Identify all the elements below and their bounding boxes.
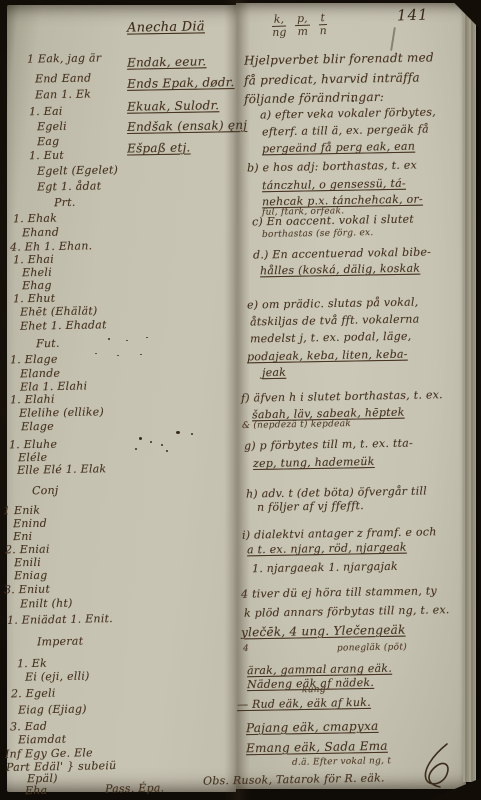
manuscript-line: få predicat, hvarvid inträffa	[244, 70, 420, 87]
manuscript-line: b) e hos adj: borthastas, t. ex	[247, 159, 417, 175]
manuscript-line: medelst j, t. ex. podal, läge,	[250, 330, 412, 346]
manuscript-line: Hjelpverbet blir forenadt med	[244, 50, 434, 67]
manuscript-line: f) äfven h i slutet borthastas, t. ex.	[241, 388, 443, 405]
manuscript-line: ärak, gammal arang eäk.	[247, 662, 392, 678]
manuscript-line: d.ä. Efter vokal ng, t	[292, 756, 391, 768]
manuscript-line: c) En oaccent. vokal i slutet	[252, 213, 414, 229]
manuscript-line: & (nepdezä t) kepdeak	[242, 419, 351, 431]
manuscript-photo: 141 k, ng p, m t n Anecha DiäEndak, eeur…	[0, 0, 481, 800]
manuscript-line: pergeänd få perg eak, ean	[262, 140, 415, 156]
manuscript-line: e) om prädic. slutas på vokal,	[247, 296, 419, 312]
manuscript-line: åtskiljas de två fft. vokalerna	[250, 313, 420, 329]
manuscript-line: podajeak, keba, liten, keba-	[247, 348, 408, 364]
manuscript-line: d.) En accentuerad vokal bibe-	[253, 245, 431, 261]
manuscript-line: n följer af vj ffefft.	[257, 499, 364, 514]
right-page-text: Hjelpverbet blir forenadt medfå predicat…	[0, 0, 481, 800]
manuscript-line: 1. njargaeak 1. njargajak	[252, 560, 398, 576]
manuscript-line: efterf. a till ä, ex. pergeäk få	[262, 123, 429, 139]
manuscript-line: Pajang eäk, старуха	[246, 719, 379, 735]
manuscript-line: i) dialektvi antager z framf. e och	[242, 525, 437, 541]
manuscript-line: k plöd annars förbytas till ng, t. ex.	[244, 603, 450, 620]
manuscript-line: borthastas (se förg. ex.	[262, 228, 374, 240]
manuscript-line: Emang eäk, Sada Ema	[246, 739, 388, 755]
manuscript-line: g) p förbytes till m, t. ex. tta-	[244, 437, 413, 453]
manuscript-line: kung	[302, 685, 326, 695]
manuscript-line: hålles (koská, dälig, koskak	[260, 262, 420, 278]
manuscript-line: 4	[243, 644, 249, 654]
manuscript-line: jeak	[262, 366, 286, 379]
manuscript-line: h) adv. t (det böta) öfvergår till	[246, 484, 427, 500]
manuscript-line: 4 tiver dü ej höra till stammen, ty	[241, 584, 437, 600]
manuscript-line: ponegläk (pöt)	[337, 642, 407, 653]
manuscript-line: ylečēk, 4 ung. Ylečengeäk	[241, 623, 406, 640]
manuscript-line: zep, tung, hademeük	[253, 455, 375, 470]
manuscript-line: a t. ex. njarg, röd, njargeak	[247, 541, 407, 557]
manuscript-line: — Rud eäk, eäk af kuk.	[237, 696, 371, 711]
pen-flourish	[416, 742, 458, 790]
manuscript-line: Obs. Rusok, Tatarok för R. eäk.	[203, 771, 385, 787]
manuscript-line: tánczhul, o gensessü, tá-	[262, 177, 406, 193]
manuscript-line: a) efter veka vokaler förbytes,	[260, 105, 436, 121]
manuscript-line: följande förändringar:	[244, 90, 384, 106]
